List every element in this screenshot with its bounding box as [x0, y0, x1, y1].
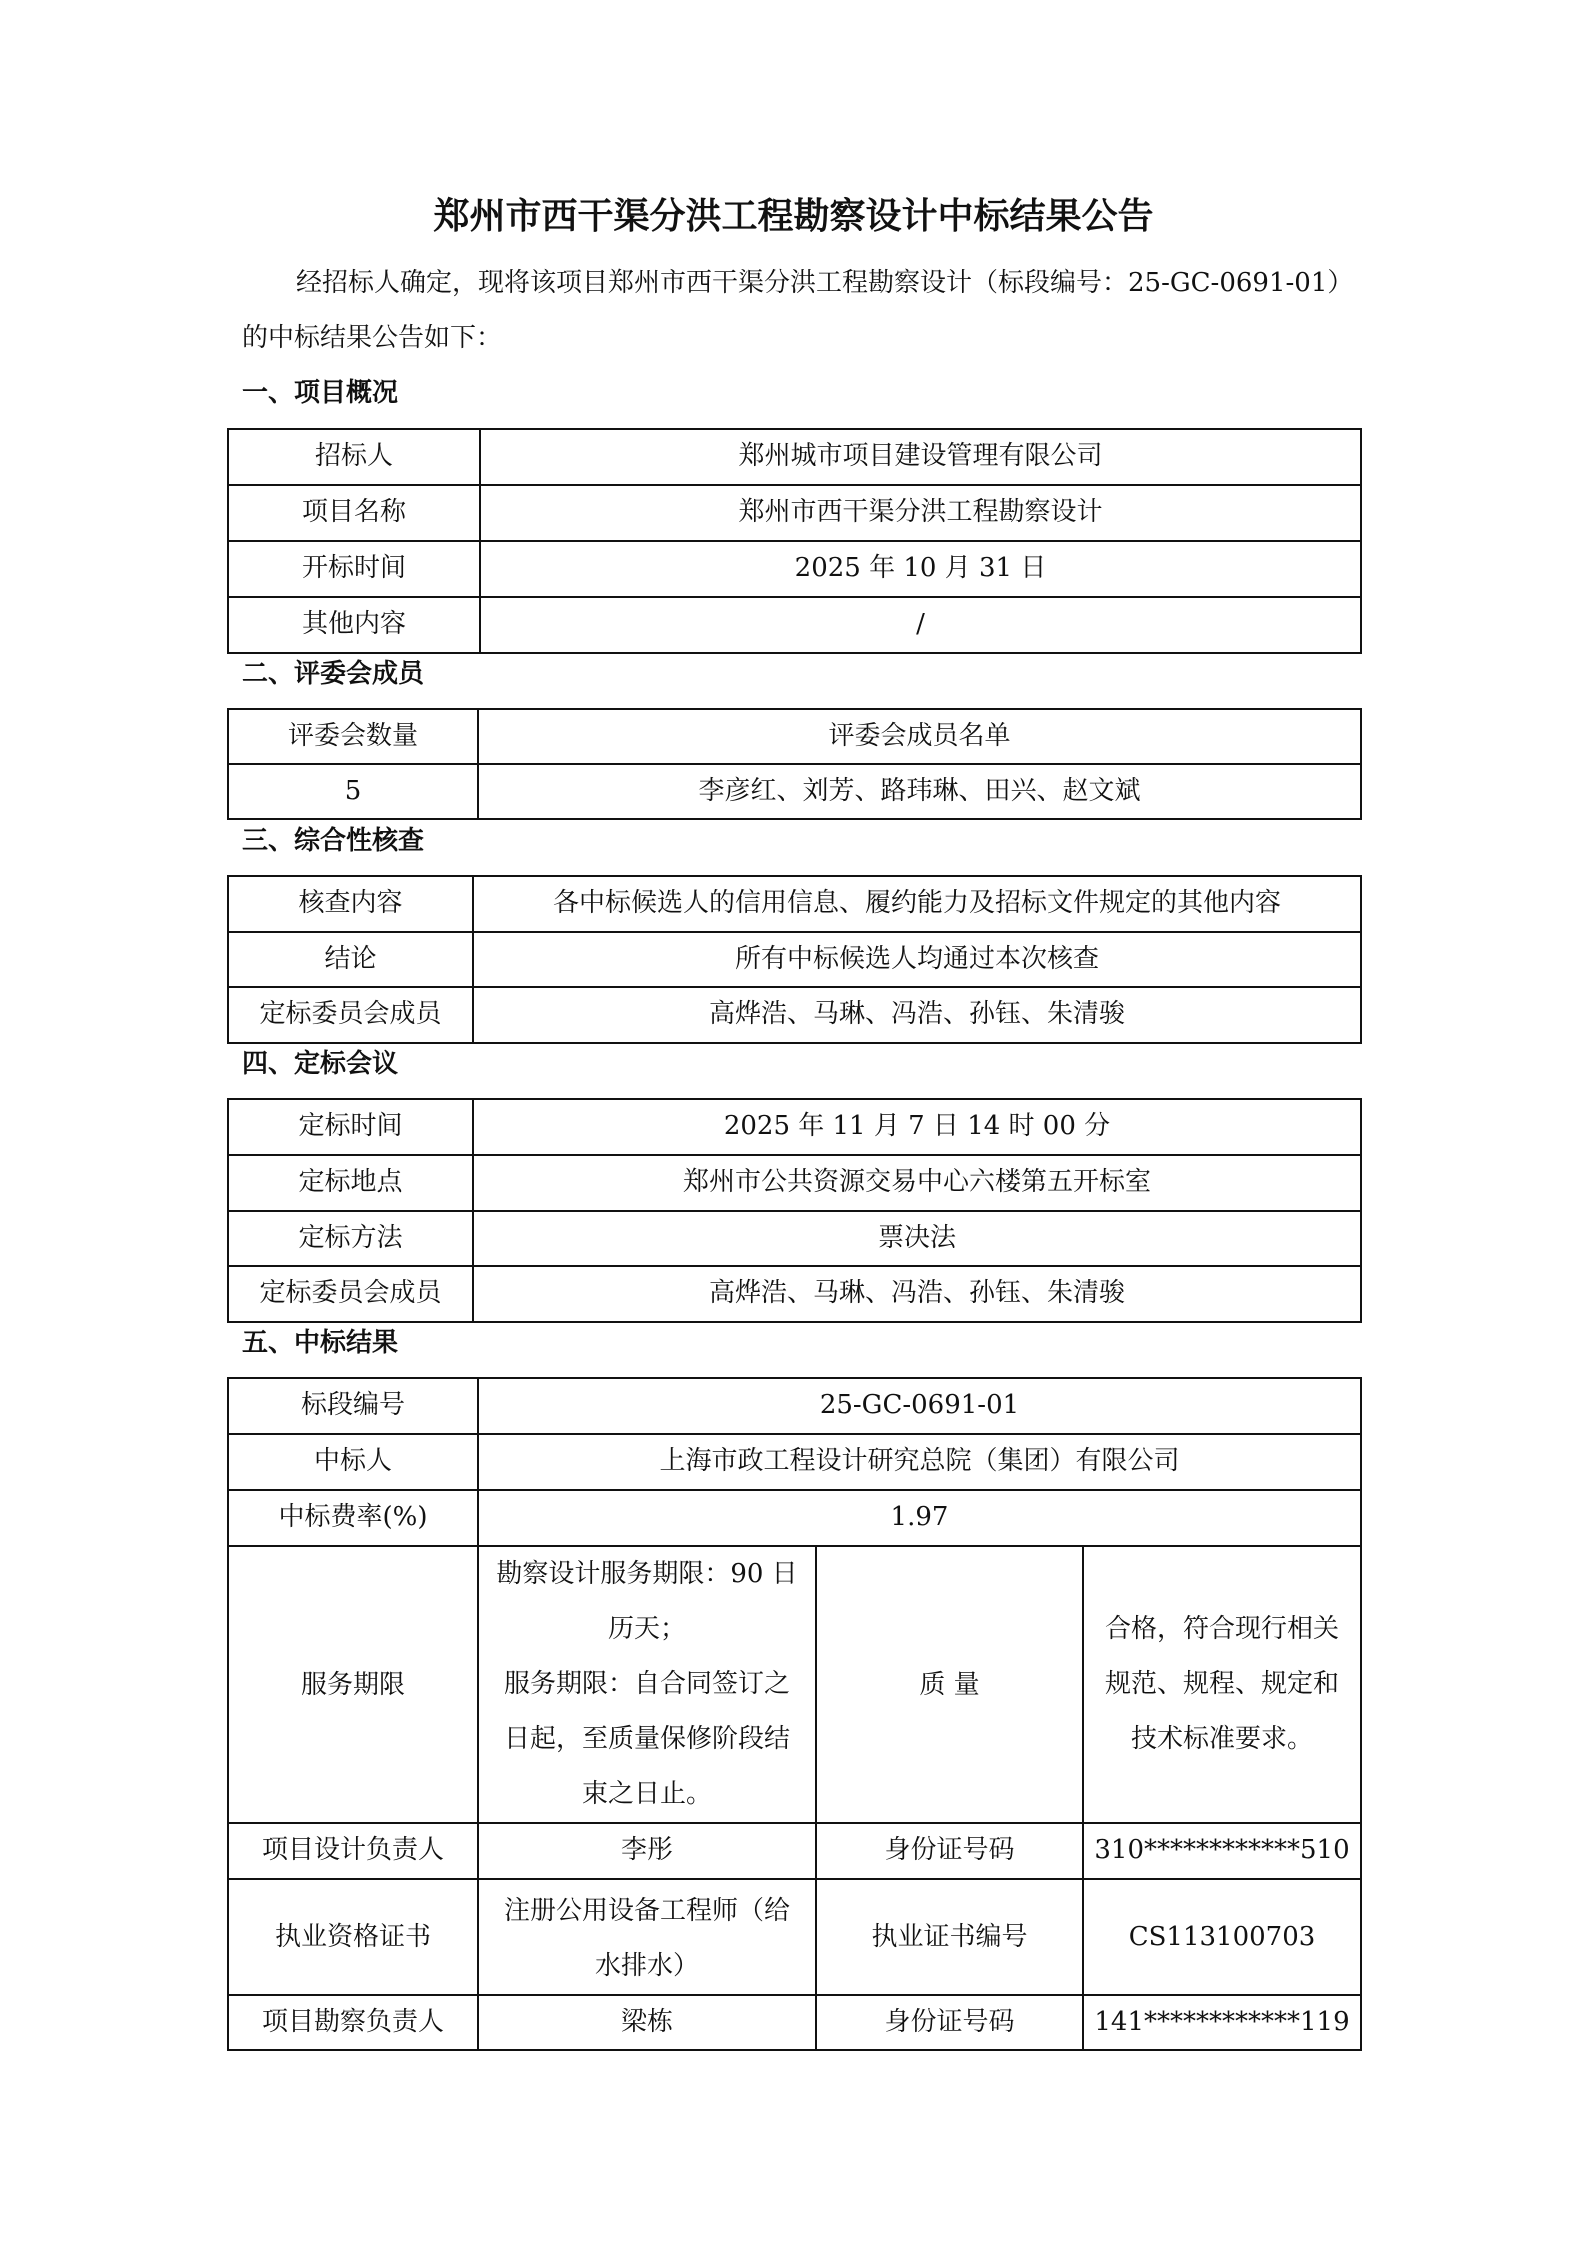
quality-line: 规范、规程、规定和 — [1090, 1657, 1354, 1712]
service-line: 勘察设计服务期限：90 日 — [485, 1547, 809, 1602]
document-title: 郑州市西干渠分洪工程勘察设计中标结果公告 — [0, 192, 1587, 240]
label-cell: 核查内容 — [228, 876, 473, 932]
label-cell: 定标方法 — [228, 1211, 473, 1266]
service-period-label: 服务期限 — [228, 1546, 478, 1823]
table-row: 结论 所有中标候选人均通过本次核查 — [228, 932, 1361, 987]
header-cell-count: 评委会数量 — [228, 709, 478, 764]
label-cell: 中标人 — [228, 1434, 478, 1490]
section-heading-award-meeting: 四、定标会议 — [242, 1047, 398, 1081]
award-result-table: 标段编号 25-GC-0691-01 中标人 上海市政工程设计研究总院（集团）有… — [227, 1377, 1362, 2051]
quality-line: 合格，符合现行相关 — [1090, 1602, 1354, 1657]
design-lead-row: 项目设计负责人 李彤 身份证号码 310************510 — [228, 1823, 1361, 1879]
table-row: 中标人 上海市政工程设计研究总院（集团）有限公司 — [228, 1434, 1361, 1490]
service-line: 日起，至质量保修阶段结 — [485, 1712, 809, 1767]
section-heading-project-overview: 一、项目概况 — [242, 376, 398, 410]
section-heading-award-result: 五、中标结果 — [242, 1326, 398, 1360]
header-cell-list: 评委会成员名单 — [478, 709, 1361, 764]
project-overview-table: 招标人 郑州城市项目建设管理有限公司 项目名称 郑州市西干渠分洪工程勘察设计 开… — [227, 428, 1362, 654]
service-line: 历天； — [485, 1602, 809, 1657]
value-cell: 郑州市西干渠分洪工程勘察设计 — [480, 485, 1361, 541]
design-lead-id-label: 身份证号码 — [816, 1823, 1083, 1879]
table-row: 定标委员会成员 高烨浩、马琳、冯浩、孙钰、朱清骏 — [228, 1266, 1361, 1322]
label-cell: 标段编号 — [228, 1378, 478, 1434]
design-lead-label: 项目设计负责人 — [228, 1823, 478, 1879]
value-cell: 25-GC-0691-01 — [478, 1378, 1361, 1434]
verification-table: 核查内容 各中标候选人的信用信息、履约能力及招标文件规定的其他内容 结论 所有中… — [227, 875, 1362, 1044]
value-cell: 2025 年 11 月 7 日 14 时 00 分 — [473, 1099, 1361, 1155]
value-cell: 高烨浩、马琳、冯浩、孙钰、朱清骏 — [473, 987, 1361, 1043]
label-cell: 定标委员会成员 — [228, 1266, 473, 1322]
value-cell: 所有中标候选人均通过本次核查 — [473, 932, 1361, 987]
quality-line: 技术标准要求。 — [1090, 1712, 1354, 1767]
intro-paragraph-line1: 经招标人确定，现将该项目郑州市西干渠分洪工程勘察设计（标段编号：25-GC-06… — [296, 266, 1416, 300]
service-period-row: 服务期限 勘察设计服务期限：90 日 历天； 服务期限：自合同签订之 日起，至质… — [228, 1546, 1361, 1823]
table-row: 中标费率(%) 1.97 — [228, 1490, 1361, 1546]
label-cell: 中标费率(%) — [228, 1490, 478, 1546]
certificate-no-label: 执业证书编号 — [816, 1879, 1083, 1995]
certificate-line: 水排水） — [485, 1939, 809, 1994]
label-cell: 定标委员会成员 — [228, 987, 473, 1043]
committee-members: 李彦红、刘芳、路玮琳、田兴、赵文斌 — [478, 764, 1361, 819]
committee-count: 5 — [228, 764, 478, 819]
survey-lead-id-value: 141************119 — [1083, 1995, 1361, 2050]
certificate-no-value: CS113100703 — [1083, 1879, 1361, 1995]
survey-lead-name: 梁栋 — [478, 1995, 816, 2050]
section-heading-verification: 三、综合性核查 — [242, 824, 424, 858]
table-row: 招标人 郑州城市项目建设管理有限公司 — [228, 429, 1361, 485]
design-lead-name: 李彤 — [478, 1823, 816, 1879]
value-cell: 各中标候选人的信用信息、履约能力及招标文件规定的其他内容 — [473, 876, 1361, 932]
value-cell: 2025 年 10 月 31 日 — [480, 541, 1361, 597]
certificate-label: 执业资格证书 — [228, 1879, 478, 1995]
table-row: 定标委员会成员 高烨浩、马琳、冯浩、孙钰、朱清骏 — [228, 987, 1361, 1043]
value-cell: / — [480, 597, 1361, 653]
design-lead-id-value: 310************510 — [1083, 1823, 1361, 1879]
label-cell: 项目名称 — [228, 485, 480, 541]
intro-paragraph-line2: 的中标结果公告如下： — [242, 321, 1362, 355]
table-header-row: 评委会数量 评委会成员名单 — [228, 709, 1361, 764]
table-row: 核查内容 各中标候选人的信用信息、履约能力及招标文件规定的其他内容 — [228, 876, 1361, 932]
service-line: 束之日止。 — [485, 1767, 809, 1822]
committee-table: 评委会数量 评委会成员名单 5 李彦红、刘芳、路玮琳、田兴、赵文斌 — [227, 708, 1362, 820]
section-heading-committee: 二、评委会成员 — [242, 657, 424, 691]
label-cell: 结论 — [228, 932, 473, 987]
service-line: 服务期限：自合同签订之 — [485, 1657, 809, 1712]
label-cell: 其他内容 — [228, 597, 480, 653]
value-cell: 票决法 — [473, 1211, 1361, 1266]
table-row: 标段编号 25-GC-0691-01 — [228, 1378, 1361, 1434]
label-cell: 开标时间 — [228, 541, 480, 597]
table-row: 5 李彦红、刘芳、路玮琳、田兴、赵文斌 — [228, 764, 1361, 819]
quality-label: 质 量 — [816, 1546, 1083, 1823]
value-cell: 上海市政工程设计研究总院（集团）有限公司 — [478, 1434, 1361, 1490]
survey-lead-row: 项目勘察负责人 梁栋 身份证号码 141************119 — [228, 1995, 1361, 2050]
table-row: 定标时间 2025 年 11 月 7 日 14 时 00 分 — [228, 1099, 1361, 1155]
value-cell: 1.97 — [478, 1490, 1361, 1546]
certificate-details: 注册公用设备工程师（给 水排水） — [478, 1879, 816, 1995]
certificate-line: 注册公用设备工程师（给 — [485, 1884, 809, 1939]
quality-details: 合格，符合现行相关 规范、规程、规定和 技术标准要求。 — [1083, 1546, 1361, 1823]
label-cell: 定标时间 — [228, 1099, 473, 1155]
award-meeting-table: 定标时间 2025 年 11 月 7 日 14 时 00 分 定标地点 郑州市公… — [227, 1098, 1362, 1323]
table-row: 开标时间 2025 年 10 月 31 日 — [228, 541, 1361, 597]
label-cell: 招标人 — [228, 429, 480, 485]
announcement-page: 郑州市西干渠分洪工程勘察设计中标结果公告 经招标人确定，现将该项目郑州市西干渠分… — [0, 0, 1587, 2245]
table-row: 项目名称 郑州市西干渠分洪工程勘察设计 — [228, 485, 1361, 541]
table-row: 定标方法 票决法 — [228, 1211, 1361, 1266]
service-period-details: 勘察设计服务期限：90 日 历天； 服务期限：自合同签订之 日起，至质量保修阶段… — [478, 1546, 816, 1823]
label-cell: 定标地点 — [228, 1155, 473, 1211]
table-row: 其他内容 / — [228, 597, 1361, 653]
value-cell: 郑州市公共资源交易中心六楼第五开标室 — [473, 1155, 1361, 1211]
survey-lead-label: 项目勘察负责人 — [228, 1995, 478, 2050]
certificate-row: 执业资格证书 注册公用设备工程师（给 水排水） 执业证书编号 CS1131007… — [228, 1879, 1361, 1995]
value-cell: 郑州城市项目建设管理有限公司 — [480, 429, 1361, 485]
table-row: 定标地点 郑州市公共资源交易中心六楼第五开标室 — [228, 1155, 1361, 1211]
value-cell: 高烨浩、马琳、冯浩、孙钰、朱清骏 — [473, 1266, 1361, 1322]
survey-lead-id-label: 身份证号码 — [816, 1995, 1083, 2050]
